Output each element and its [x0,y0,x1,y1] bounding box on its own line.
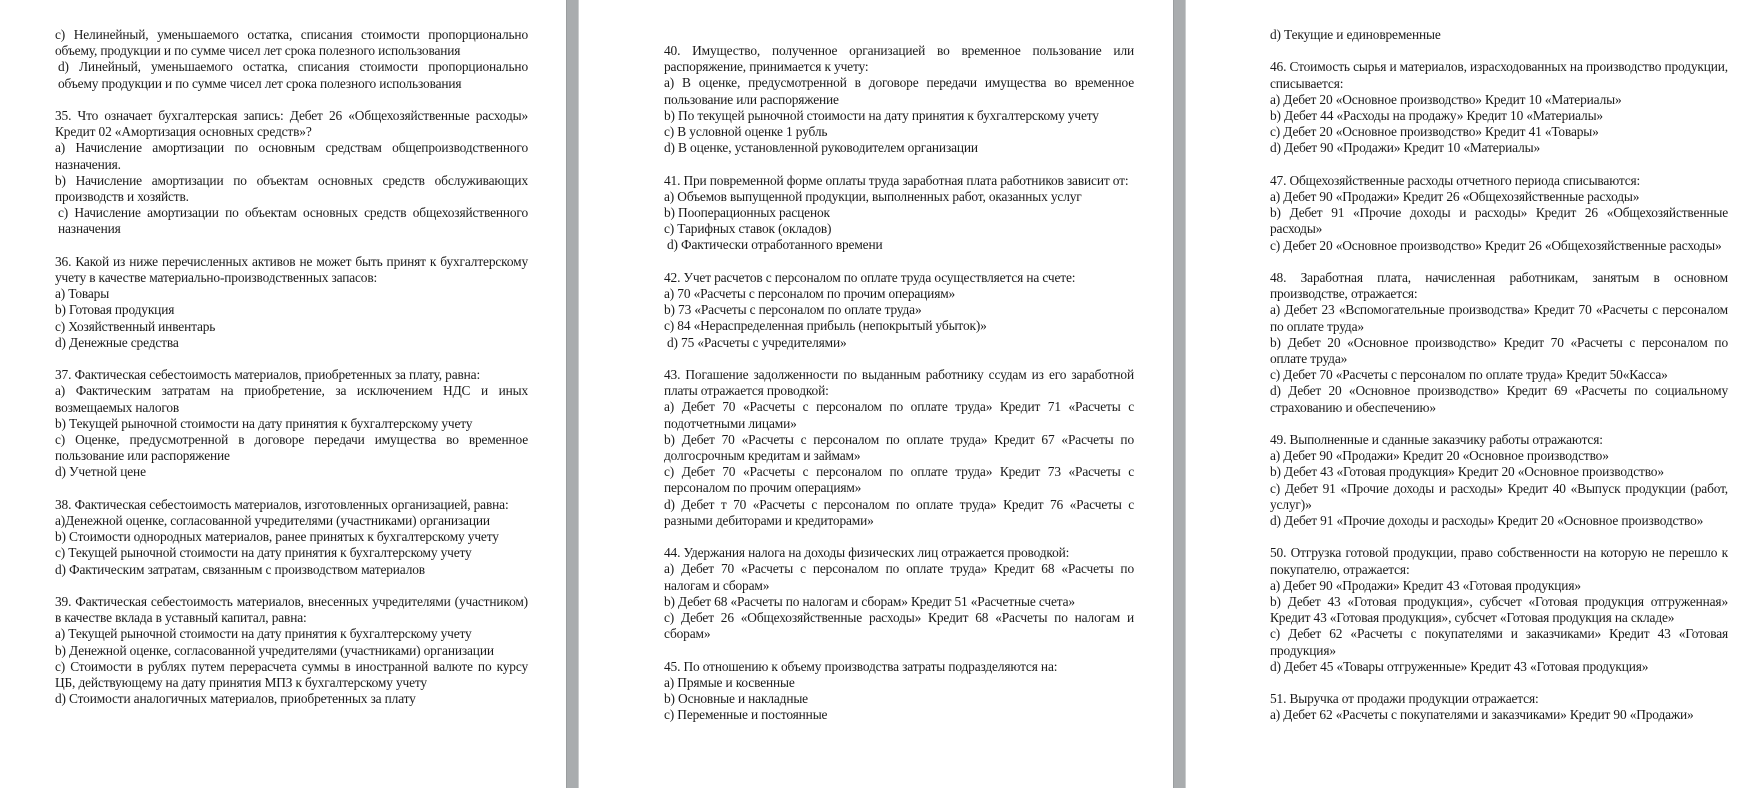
answer-option: b) Дебет 70 «Расчеты с персоналом по опл… [664,432,1134,464]
question-text: 49. Выполненные и сданные заказчику рабо… [1270,432,1728,448]
answer-option: a) Товары [55,286,528,302]
question-block: 45. По отношению к объему производства з… [664,659,1134,724]
answer-option: c) Дебет 20 «Основное производство» Кред… [1270,238,1728,254]
answer-option: b) Дебет 43 «Готовая продукция» Кредит 2… [1270,464,1728,480]
question-text: 41. При повременной форме оплаты труда з… [664,173,1134,189]
answer-option: c) Тарифных ставок (окладов) [664,221,1134,237]
answer-option: b) Пооперационных расценок [664,205,1134,221]
question-text: 36. Какой из ниже перечисленных активов … [55,254,528,286]
question-text: 47. Общехозяйственные расходы отчетного … [1270,173,1728,189]
answer-option: a)Денежной оценке, согласованной учредит… [55,513,528,529]
answer-option: c) Текущей рыночной стоимости на дату пр… [55,545,528,561]
answer-option: a) Дебет 23 «Вспомогательные производств… [1270,302,1728,334]
page-content: c) Нелинейный, уменьшаемого остатка, спи… [55,27,528,724]
question-block: 35. Что означает бухгалтерская запись: Д… [55,108,528,238]
document-page-1: c) Нелинейный, уменьшаемого остатка, спи… [0,0,566,788]
answer-option: d) Дебет 91 «Прочие доходы и расходы» Кр… [1270,513,1728,529]
question-block: d) Текущие и единовременные [1270,27,1728,43]
answer-option: c) Стоимости в рублях путем перерасчета … [55,659,528,691]
answer-option: a) Текущей рыночной стоимости на дату пр… [55,626,528,642]
answer-option: d) Дебет 20 «Основное производство» Кред… [1270,383,1728,415]
question-block: 41. При повременной форме оплаты труда з… [664,173,1134,254]
answer-option: d) 75 «Расчеты с учредителями» [664,335,1134,351]
answer-option: a) Дебет 90 «Продажи» Кредит 26 «Общехоз… [1270,189,1728,205]
answer-option: c) Дебет 70 «Расчеты с персоналом по опл… [664,464,1134,496]
answer-option: b) Стоимости однородных материалов, ране… [55,529,528,545]
answer-option: b) Начисление амортизации по объектам ос… [55,173,528,205]
question-text: 45. По отношению к объему производства з… [664,659,1134,675]
document-page-3: d) Текущие и единовременные46. Стоимость… [1186,0,1761,788]
answer-option: d) Дебет 90 «Продажи» Кредит 10 «Материа… [1270,140,1728,156]
answer-option: a) Дебет 62 «Расчеты с покупателями и за… [1270,707,1728,723]
answer-option: c) Оценке, предусмотренной в договоре пе… [55,432,528,464]
answer-option: a) Дебет 90 «Продажи» Кредит 20 «Основно… [1270,448,1728,464]
answer-option: a) Дебет 70 «Расчеты с персоналом по опл… [664,561,1134,593]
question-block: 46. Стоимость сырья и материалов, израсх… [1270,59,1728,156]
answer-option: d) Учетной цене [55,464,528,480]
answer-option: a) Дебет 90 «Продажи» Кредит 43 «Готовая… [1270,578,1728,594]
question-text: 50. Отгрузка готовой продукции, право со… [1270,545,1728,577]
question-text: 48. Заработная плата, начисленная работн… [1270,270,1728,302]
answer-option: d) Денежные средства [55,335,528,351]
answer-option: a) Дебет 20 «Основное производство» Кред… [1270,92,1728,108]
question-text: 46. Стоимость сырья и материалов, израсх… [1270,59,1728,91]
question-block: 36. Какой из ниже перечисленных активов … [55,254,528,351]
answer-option: c) Хозяйственный инвентарь [55,319,528,335]
answer-option: d) Дебет т 70 «Расчеты с персоналом по о… [664,497,1134,529]
question-text: 39. Фактическая себестоимость материалов… [55,594,528,626]
answer-option: d) Фактически отработанного времени [664,237,1134,253]
question-block: 38. Фактическая себестоимость материалов… [55,497,528,578]
question-text: 51. Выручка от продажи продукции отражае… [1270,691,1728,707]
question-block: 44. Удержания налога на доходы физически… [664,545,1134,642]
answer-option: a) Фактическим затратам на приобретение,… [55,383,528,415]
answer-option: b) Готовая продукция [55,302,528,318]
page-separator [1173,0,1186,788]
question-text: 42. Учет расчетов с персоналом по оплате… [664,270,1134,286]
answer-option: b) 73 «Расчеты с персоналом по оплате тр… [664,302,1134,318]
question-text: 38. Фактическая себестоимость материалов… [55,497,528,513]
answer-option: c) Переменные и постоянные [664,707,1134,723]
answer-option: c) Дебет 26 «Общехозяйственные расходы» … [664,610,1134,642]
question-block: 48. Заработная плата, начисленная работн… [1270,270,1728,416]
question-block: 42. Учет расчетов с персоналом по оплате… [664,270,1134,351]
question-block: 50. Отгрузка готовой продукции, право со… [1270,545,1728,675]
answer-option: d) В оценке, установленной руководителем… [664,140,1134,156]
answer-option: d) Дебет 45 «Товары отгруженные» Кредит … [1270,659,1728,675]
question-text: 43. Погашение задолженности по выданным … [664,367,1134,399]
answer-option: c) 84 «Нераспределенная прибыль (непокры… [664,318,1134,334]
answer-option: c) Дебет 91 «Прочие доходы и расходы» Кр… [1270,481,1728,513]
question-block: 39. Фактическая себестоимость материалов… [55,594,528,707]
question-block: 49. Выполненные и сданные заказчику рабо… [1270,432,1728,529]
answer-option: a) В оценке, предусмотренной в договоре … [664,75,1134,107]
answer-option: d) Линейный, уменьшаемого остатка, списа… [55,59,528,91]
page-content: 40. Имущество, полученное организацией в… [664,43,1134,740]
question-block: 43. Погашение задолженности по выданным … [664,367,1134,529]
answer-option: b) Основные и накладные [664,691,1134,707]
answer-option: b) Дебет 68 «Расчеты по налогам и сборам… [664,594,1134,610]
answer-option: c) Начисление амортизации по объектам ос… [55,205,528,237]
answer-option: b) Дебет 20 «Основное производство» Кред… [1270,335,1728,367]
page-separator [566,0,579,788]
question-text: 44. Удержания налога на доходы физически… [664,545,1134,561]
answer-option: b) Денежной оценке, согласованной учреди… [55,643,528,659]
answer-option: c) Нелинейный, уменьшаемого остатка, спи… [55,27,528,59]
answer-option: b) Текущей рыночной стоимости на дату пр… [55,416,528,432]
question-text: 37. Фактическая себестоимость материалов… [55,367,528,383]
answer-option: d) Фактическим затратам, связанным с про… [55,562,528,578]
answer-option: d) Текущие и единовременные [1270,27,1728,43]
question-block: 51. Выручка от продажи продукции отражае… [1270,691,1728,723]
answer-option: a) 70 «Расчеты с персоналом по прочим оп… [664,286,1134,302]
page-content: d) Текущие и единовременные46. Стоимость… [1270,27,1728,740]
answer-option: b) Дебет 44 «Расходы на продажу» Кредит … [1270,108,1728,124]
answer-option: b) Дебет 91 «Прочие доходы и расходы» Кр… [1270,205,1728,237]
answer-option: a) Начисление амортизации по основным ср… [55,140,528,172]
answer-option: c) Дебет 20 «Основное производство» Кред… [1270,124,1728,140]
answer-option: c) Дебет 70 «Расчеты с персоналом по опл… [1270,367,1728,383]
answer-option: a) Дебет 70 «Расчеты с персоналом по опл… [664,399,1134,431]
document-page-2: 40. Имущество, полученное организацией в… [579,0,1173,788]
question-text: 40. Имущество, полученное организацией в… [664,43,1134,75]
answer-option: c) В условной оценке 1 рубль [664,124,1134,140]
answer-option: c) Дебет 62 «Расчеты с покупателями и за… [1270,626,1728,658]
question-block: c) Нелинейный, уменьшаемого остатка, спи… [55,27,528,92]
question-block: 47. Общехозяйственные расходы отчетного … [1270,173,1728,254]
question-block: 40. Имущество, полученное организацией в… [664,43,1134,156]
question-block: 37. Фактическая себестоимость материалов… [55,367,528,480]
answer-option: a) Объемов выпущенной продукции, выполне… [664,189,1134,205]
answer-option: d) Стоимости аналогичных материалов, при… [55,691,528,707]
answer-option: b) Дебет 43 «Готовая продукция», субсчет… [1270,594,1728,626]
answer-option: a) Прямые и косвенные [664,675,1134,691]
answer-option: b) По текущей рыночной стоимости на дату… [664,108,1134,124]
question-text: 35. Что означает бухгалтерская запись: Д… [55,108,528,140]
